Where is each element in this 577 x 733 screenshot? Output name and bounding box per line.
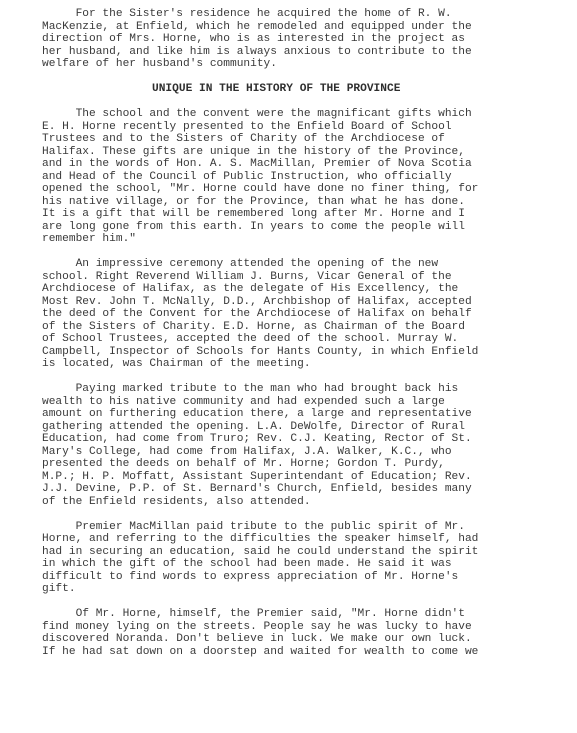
text-line: had in securing an education, said he co… — [42, 546, 577, 559]
text-line: E. H. Horne recently presented to the En… — [42, 121, 577, 134]
text-line: gathering attended the opening. L.A. DeW… — [42, 421, 577, 434]
text-line: gift. — [42, 583, 577, 596]
text-line: Of Mr. Horne, himself, the Premier said,… — [42, 608, 577, 621]
text-line: find money lying on the streets. People … — [42, 621, 577, 634]
text-line: Archdiocese of Halifax, as the delegate … — [42, 283, 577, 296]
body-section: The school and the convent were the magn… — [42, 108, 577, 658]
text-line: of the Sisters of Charity. E.D. Horne, a… — [42, 321, 577, 334]
text-line: Halifax. These gifts are unique in the h… — [42, 146, 577, 159]
text-line: It is a gift that will be remembered lon… — [42, 208, 577, 221]
text-line: The school and the convent were the magn… — [42, 108, 577, 121]
text-line: and Head of the Council of Public Instru… — [42, 171, 577, 184]
text-line: Campbell, Inspector of Schools for Hants… — [42, 346, 577, 359]
text-line: M.P.; H. P. Moffatt, Assistant Superinte… — [42, 471, 577, 484]
paragraph: Paying marked tribute to the man who had… — [42, 383, 577, 508]
text-line: Most Rev. John T. McNally, D.D., Archbis… — [42, 296, 577, 309]
text-line: wealth to his native community and had e… — [42, 396, 577, 409]
text-line: amount on furthering education there, a … — [42, 408, 577, 421]
text-line: his native village, or for the Province,… — [42, 196, 577, 209]
text-line: Education, had come from Truro; Rev. C.J… — [42, 433, 577, 446]
text-line: is located, was Chairman of the meeting. — [42, 358, 577, 371]
text-line: discovered Noranda. Don't believe in luc… — [42, 633, 577, 646]
text-line: of the Enfield residents, also attended. — [42, 496, 577, 509]
section-heading: UNIQUE IN THE HISTORY OF THE PROVINCE — [42, 83, 577, 96]
text-line: in which the gift of the school had been… — [42, 558, 577, 571]
text-line: MacKenzie, at Enfield, which he remodele… — [42, 21, 577, 34]
text-line: opened the school, "Mr. Horne could have… — [42, 183, 577, 196]
paragraph: Of Mr. Horne, himself, the Premier said,… — [42, 608, 577, 658]
intro-section: For the Sister's residence he acquired t… — [42, 8, 577, 71]
text-line: J.J. Devine, P.P. of St. Bernard's Churc… — [42, 483, 577, 496]
text-line: difficult to find words to express appre… — [42, 571, 577, 584]
text-line: direction of Mrs. Horne, who is as inter… — [42, 33, 577, 46]
text-line: are long gone from this earth. In years … — [42, 221, 577, 234]
paragraph: The school and the convent were the magn… — [42, 108, 577, 246]
text-line: Mary's College, had come from Halifax, J… — [42, 446, 577, 459]
text-line: the deed of the Convent for the Archdioc… — [42, 308, 577, 321]
text-line: her husband, and like him is always anxi… — [42, 46, 577, 59]
text-line: of School Trustees, accepted the deed of… — [42, 333, 577, 346]
text-line: remember him." — [42, 233, 577, 246]
text-line: Premier MacMillan paid tribute to the pu… — [42, 521, 577, 534]
text-line: Paying marked tribute to the man who had… — [42, 383, 577, 396]
text-line: An impressive ceremony attended the open… — [42, 258, 577, 271]
paragraph: For the Sister's residence he acquired t… — [42, 8, 577, 71]
text-line: school. Right Reverend William J. Burns,… — [42, 271, 577, 284]
text-line: welfare of her husband's community. — [42, 58, 577, 71]
paragraph: Premier MacMillan paid tribute to the pu… — [42, 521, 577, 596]
paragraph: An impressive ceremony attended the open… — [42, 258, 577, 371]
text-line: Horne, and referring to the difficulties… — [42, 533, 577, 546]
document-page: For the Sister's residence he acquired t… — [42, 8, 577, 671]
text-line: For the Sister's residence he acquired t… — [42, 8, 577, 21]
text-line: and in the words of Hon. A. S. MacMillan… — [42, 158, 577, 171]
text-line: presented the deeds on behalf of Mr. Hor… — [42, 458, 577, 471]
text-line: Trustees and to the Sisters of Charity o… — [42, 133, 577, 146]
text-line: If he had sat down on a doorstep and wai… — [42, 646, 577, 659]
